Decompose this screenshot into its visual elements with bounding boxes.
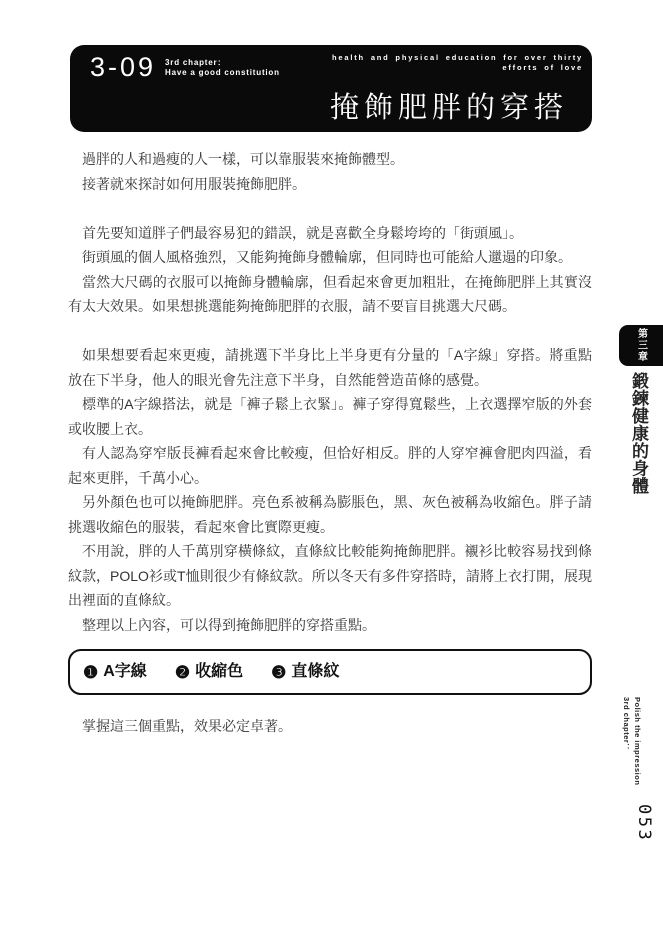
paragraph: 整理以上內容，可以得到掩飾肥胖的穿搭重點。 <box>68 613 592 638</box>
sidebar-chapter-title: 鍛鍊健康的身體 <box>626 372 651 495</box>
chapter-tab-label: 第三章 <box>634 328 649 363</box>
chapter-info: 3rd chapter： Have a good constitution <box>165 58 280 78</box>
sidebar-footer-line2: Polish the impression <box>632 697 643 785</box>
closing-line: 掌握這三個重點，效果必定卓著。 <box>68 714 592 739</box>
key-point-1-label: A字線 <box>103 660 147 685</box>
paragraph: 街頭風的個人風格強烈，又能夠掩飾身體輪廓，但同時也可能給人邋遢的印象。 <box>68 245 592 270</box>
paragraph: 標準的A字線搭法，就是「褲子鬆上衣緊」。褲子穿得寬鬆些，上衣選擇窄版的外套或收腰… <box>68 392 592 441</box>
circled-number-2-icon: ❷ <box>175 664 190 681</box>
paragraph: 首先要知道胖子們最容易犯的錯誤，就是喜歡全身鬆垮垮的「街頭風」。 <box>68 221 592 246</box>
key-point-2-label: 收縮色 <box>195 660 243 685</box>
sidebar-footer-note: 3rd chapter： Polish the impression <box>621 697 643 785</box>
section-number: 3-09 <box>90 54 156 81</box>
article-title: 掩飾肥胖的穿搭 <box>330 85 568 126</box>
chapter-header-banner: 3-09 3rd chapter： Have a good constituti… <box>70 45 592 132</box>
key-points-box: ❶ A字線 ❷ 收縮色 ❸ 直條紋 <box>68 649 592 695</box>
tagline-line1: health and physical education for over t… <box>332 53 583 63</box>
key-point-1: ❶ A字線 <box>83 660 147 685</box>
chapter-number-group: 3-09 3rd chapter： Have a good constituti… <box>90 54 280 81</box>
paragraph: 另外顏色也可以掩飾肥胖。亮色系被稱為膨脹色，黑、灰色被稱為收縮色。胖子請挑選收縮… <box>68 490 592 539</box>
tagline-line2: efforts of love <box>332 63 583 73</box>
circled-number-1-icon: ❶ <box>83 664 98 681</box>
key-point-2: ❷ 收縮色 <box>175 660 243 685</box>
chapter-subtitle: Have a good constitution <box>165 68 280 78</box>
chapter-tab: 第三章 <box>619 325 663 366</box>
paragraph: 如果想要看起來更瘦，請挑選下半身比上半身更有分量的「A字線」穿搭。將重點放在下半… <box>68 343 592 392</box>
circled-number-3-icon: ❸ <box>271 664 286 681</box>
paragraph: 當然大尺碼的衣服可以掩飾身體輪廓，但看起來會更加粗壯，在掩飾肥胖上其實沒有太大效… <box>68 270 592 319</box>
chapter-label: 3rd chapter： <box>165 58 280 68</box>
sidebar-footer-line1: 3rd chapter： <box>621 697 632 785</box>
key-point-3-label: 直條紋 <box>291 660 339 685</box>
paragraph: 接著就來探討如何用服裝掩飾肥胖。 <box>68 172 592 197</box>
paragraph: 不用說，胖的人千萬別穿橫條紋，直條紋比較能夠掩飾肥胖。襯衫比較容易找到條紋款，P… <box>68 539 592 613</box>
series-tagline: health and physical education for over t… <box>332 53 583 73</box>
paragraph: 過胖的人和過瘦的人一樣，可以靠服裝來掩飾體型。 <box>68 147 592 172</box>
book-page: 3-09 3rd chapter： Have a good constituti… <box>0 0 663 932</box>
page-number: 053 <box>634 804 654 842</box>
key-point-3: ❸ 直條紋 <box>271 660 339 685</box>
paragraph: 有人認為穿窄版長褲看起來會比較瘦，但恰好相反。胖的人穿窄褲會肥肉四溢，看起來更胖… <box>68 441 592 490</box>
article-body: 過胖的人和過瘦的人一樣，可以靠服裝來掩飾體型。 接著就來探討如何用服裝掩飾肥胖。… <box>68 147 592 739</box>
